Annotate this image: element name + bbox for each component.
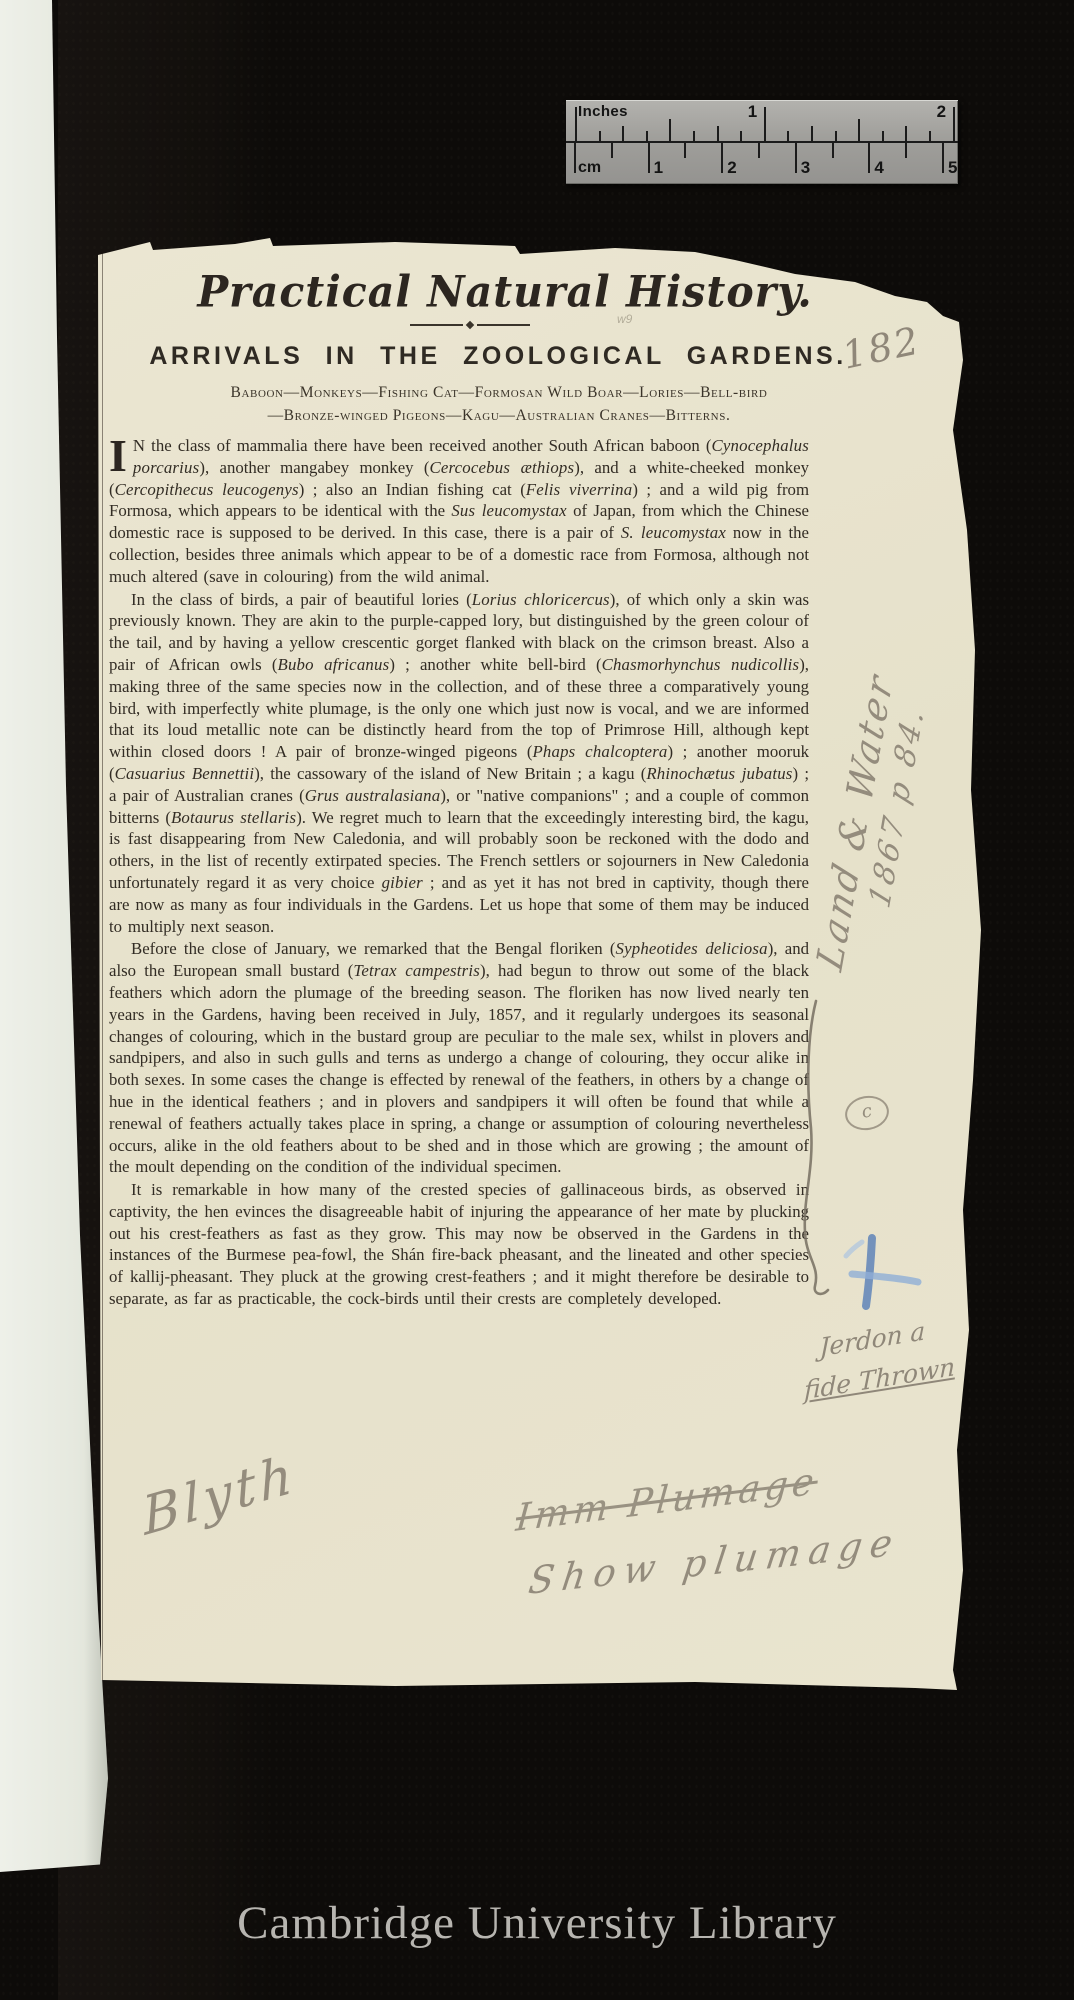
- ruler-cm-label: cm: [578, 159, 601, 177]
- cm-number: 1: [654, 158, 663, 178]
- cm-number: 2: [727, 158, 736, 178]
- column-rule: [102, 250, 103, 1681]
- article-headline: ARRIVALS IN THE ZOOLOGICAL GARDENS.: [111, 342, 885, 371]
- cm-number: 3: [801, 158, 810, 178]
- measuring-ruler: Inches cm 12 12345: [566, 100, 958, 184]
- masthead-title: Practical Natural History.: [115, 267, 895, 317]
- ruler-midline: [566, 141, 958, 143]
- subtitle-line-1: Baboon—Monkeys—Fishing Cat—Formosan Wild…: [109, 381, 889, 404]
- drop-cap: I: [109, 437, 127, 475]
- paragraph-3: Before the close of January, we remarked…: [109, 938, 809, 1178]
- paragraph-1: IN the class of mammalia there have been…: [109, 435, 809, 588]
- article-subtitle: Baboon—Monkeys—Fishing Cat—Formosan Wild…: [109, 381, 889, 427]
- inch-number: 2: [937, 102, 946, 122]
- paragraph-2: In the class of birds, a pair of beautif…: [109, 589, 809, 938]
- pencil-brace-mark: [798, 998, 838, 1298]
- article-body: IN the class of mammalia there have been…: [109, 435, 809, 1310]
- cm-number: 5: [948, 158, 957, 178]
- diamond-ornament: [466, 321, 474, 329]
- pencil-mark-w9: w9: [617, 312, 632, 326]
- paragraph-4: It is remarkable in how many of the cres…: [109, 1179, 809, 1310]
- subtitle-line-2: —Bronze-winged Pigeons—Kagu—Australian C…: [109, 404, 889, 427]
- blue-crayon-mark: [838, 1232, 928, 1312]
- cm-number: 4: [874, 158, 883, 178]
- library-caption: Cambridge University Library: [0, 1896, 1074, 1950]
- divider-ornament: [410, 322, 530, 328]
- inch-number: 1: [748, 102, 757, 122]
- ruler-inches-label: Inches: [578, 103, 628, 120]
